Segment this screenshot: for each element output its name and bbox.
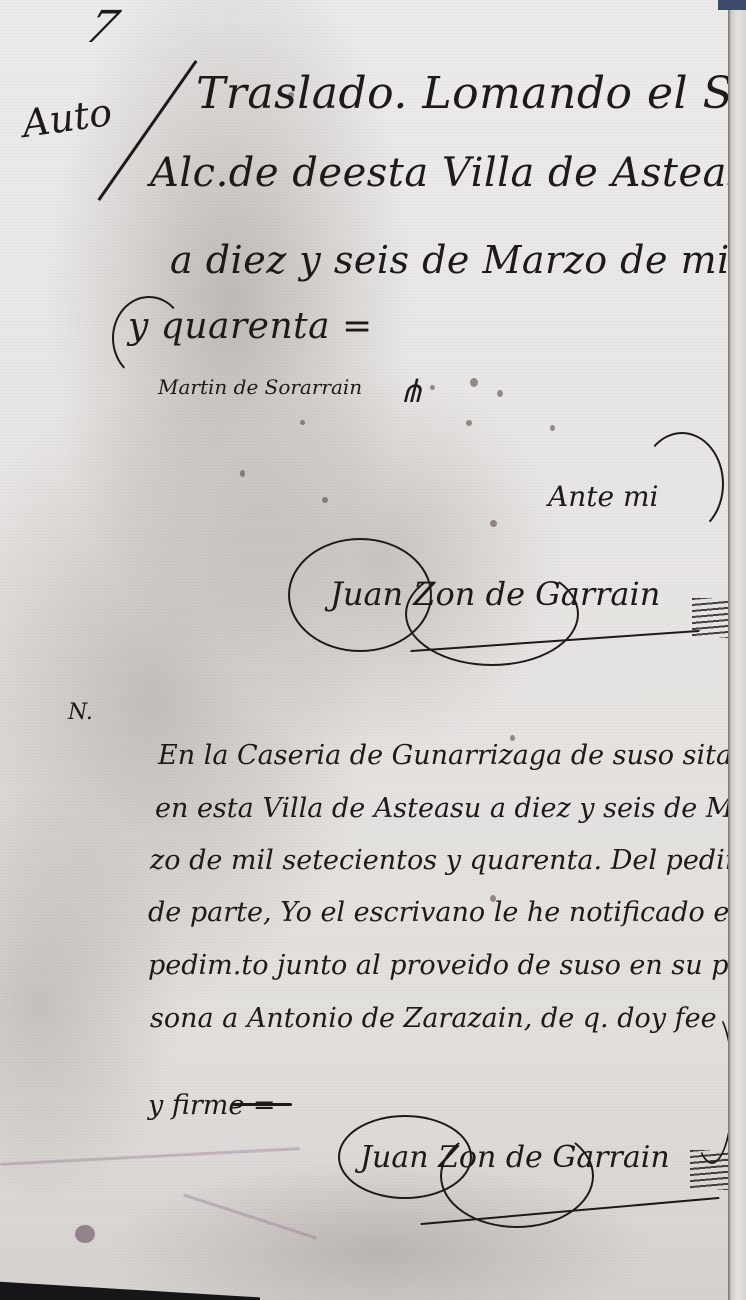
ink-spot (470, 378, 478, 387)
notification-line-1: En la Caseria de Gunarrizaga de suso sit… (158, 740, 728, 771)
book-spine (728, 0, 746, 1300)
notification-line-3: zo de mil setecientos y quarenta. Del pe… (150, 845, 728, 876)
capital-flourish (112, 296, 186, 380)
ink-spot (240, 470, 245, 477)
auto-line-3: a diez y seis de Marzo de mil seten.s (170, 238, 728, 282)
attestation-flourish (640, 432, 724, 536)
ink-spot (497, 390, 503, 397)
ink-spot (430, 385, 435, 390)
ink-spot (322, 497, 328, 503)
water-stain (0, 1147, 300, 1166)
manuscript-page: Auto 7 Traslado. Lomando el S.or Alc.de … (0, 0, 728, 1300)
notification-line-5: pedim.to junto al proveido de suso en su… (148, 950, 728, 981)
ink-spot (75, 1225, 95, 1243)
notification-line-4: de parte, Yo el escrivano le he notifica… (148, 897, 728, 928)
closing-rule (232, 1103, 292, 1106)
ink-spot (300, 420, 305, 425)
ink-spot (466, 420, 472, 426)
water-stain (183, 1193, 317, 1239)
ink-spot (490, 520, 497, 527)
binding-corner (718, 0, 746, 10)
signature-loop-4 (440, 1124, 594, 1228)
ink-spot (550, 425, 555, 431)
margin-mark-notification: N. (68, 700, 93, 725)
signatory-name: Martin de Sorarrain (158, 375, 362, 399)
notification-line-2: en esta Villa de Asteasu a diez y seis d… (155, 793, 728, 824)
signature-paraph-1 (692, 598, 728, 638)
rubric-mark: ⋔ (398, 372, 425, 410)
margin-stroke-right (690, 1010, 728, 1164)
header-initial: 7 (79, 2, 126, 53)
page-bottom-edge (0, 1274, 260, 1300)
auto-line-2: Alc.de deesta Villa de Asteassuenetta (150, 150, 728, 196)
auto-line-1: Traslado. Lomando el S.or (196, 68, 728, 119)
notification-line-6: sona a Antonio de Zarazain, de q. doy fe… (150, 1003, 717, 1034)
margin-label-auto: Auto (19, 90, 114, 146)
